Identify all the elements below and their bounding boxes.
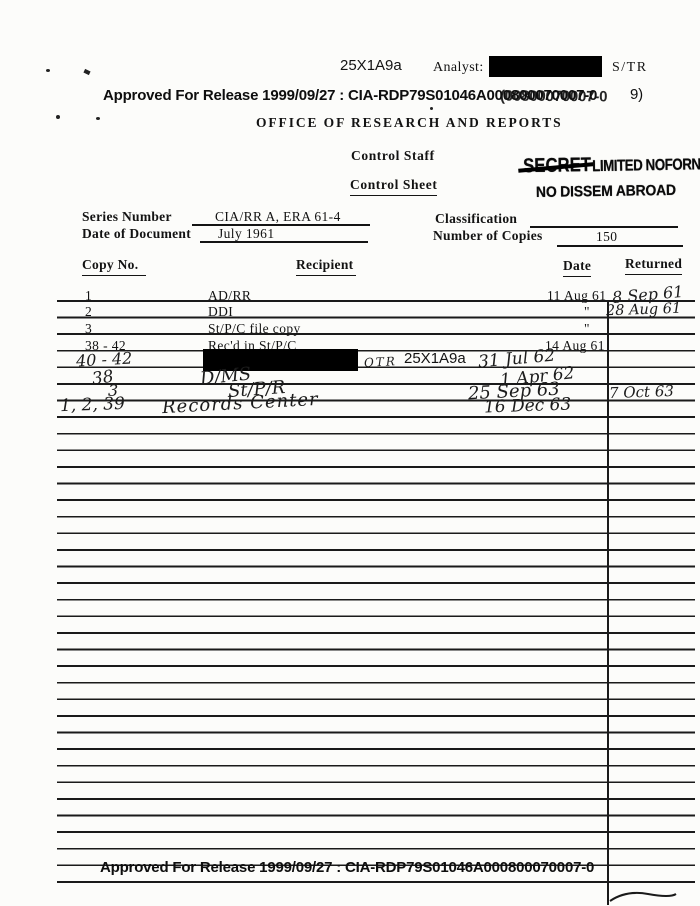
series-number-value: CIA/RR A, ERA 61-4: [215, 209, 341, 225]
copy-no-cell: 1, 2, 39: [60, 394, 126, 416]
copy-no-cell: 2: [85, 304, 92, 320]
column-header-returned: Returned: [625, 256, 682, 275]
column-header-copy-no: Copy No.: [82, 257, 146, 276]
recipient-cell: DDI: [208, 304, 233, 320]
series-number-label: Series Number: [82, 209, 172, 225]
date-ditto-mark: ": [584, 304, 590, 320]
number-of-copies-label: Number of Copies: [433, 228, 543, 244]
recipient-note: OTR: [364, 354, 398, 370]
recipient-cell: St/P/C file copy: [208, 321, 301, 337]
analyst-unit: S/TR: [612, 60, 648, 76]
date-ditto-mark: ": [584, 321, 590, 337]
blank-underline: [530, 226, 678, 228]
recipient-cell: AD/RR: [208, 288, 251, 304]
scanned-control-sheet: 25X1A9a Analyst: S/TR Approved For Relea…: [0, 0, 700, 906]
limited-noforn-stamp: LIMITED NOFORN: [592, 156, 700, 175]
control-sheet-title: Control Sheet: [350, 177, 437, 196]
column-header-date: Date: [563, 258, 591, 277]
control-staff-title: Control Staff: [351, 148, 435, 164]
scan-artifact: [430, 107, 433, 110]
classification-label: Classification: [435, 211, 517, 227]
field-underline: [557, 245, 683, 247]
number-of-copies-value: 150: [596, 229, 617, 245]
classification-code: 25X1A9a: [340, 57, 402, 74]
office-title: OFFICE OF RESEARCH AND REPORTS: [256, 115, 563, 131]
copy-no-cell: 1: [85, 288, 92, 304]
field-underline: [200, 241, 368, 243]
ruled-lines: [57, 300, 695, 884]
scan-artifact: [96, 117, 100, 120]
scan-artifact: [83, 69, 90, 75]
date-of-document-value: July 1961: [218, 226, 274, 242]
pen-stroke-artifact: [608, 888, 678, 904]
release-stamp-suffix: 9): [630, 86, 643, 103]
copy-no-cell: 3: [85, 321, 92, 337]
release-stamp-overprint: (00800070007-0: [500, 88, 607, 106]
classification-code: 25X1A9a: [404, 350, 466, 367]
redaction-bar: [489, 56, 602, 77]
date-of-document-label: Date of Document: [82, 226, 191, 242]
release-stamp-bottom: Approved For Release 1999/09/27 : CIA-RD…: [100, 859, 594, 876]
returned-cell: 28 Aug 61: [606, 301, 682, 320]
date-cell: 16 Dec 63: [484, 394, 572, 417]
scan-artifact: [46, 69, 50, 72]
scan-artifact: [56, 115, 60, 119]
date-cell: 11 Aug 61: [547, 288, 606, 304]
analyst-label: Analyst:: [433, 60, 484, 76]
no-dissem-stamp: NO DISSEM ABROAD: [536, 182, 676, 201]
returned-cell: 7 Oct 63: [609, 382, 674, 402]
column-header-recipient: Recipient: [296, 257, 356, 276]
